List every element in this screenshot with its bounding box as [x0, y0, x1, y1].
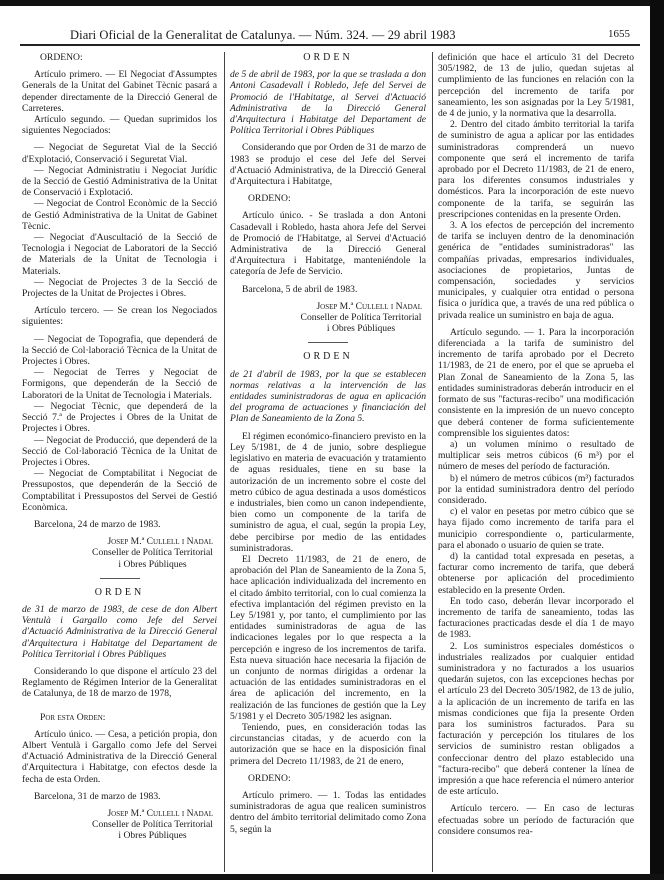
por-esta-orden: Por esta Orden: — [22, 712, 217, 723]
column-3: definición que hace el artículo 31 del D… — [438, 52, 634, 837]
signature-name: Josep M.ª Cullell i Nadal — [22, 808, 213, 819]
signature-role: Conseller de Política Territorial — [300, 312, 422, 323]
signature-role: i Obres Públiques — [92, 559, 213, 570]
header-rule — [20, 44, 640, 46]
signature-role: i Obres Públiques — [300, 323, 422, 334]
signature-block: Josep M.ª Cullell i Nadal Conseller de P… — [22, 808, 217, 842]
column-2: ORDEN de 5 de abril de 1983, por la que … — [230, 52, 426, 835]
list-item: d) la cantidad total expresada en peseta… — [438, 551, 634, 596]
paragraph: definición que hace el artículo 31 del D… — [438, 52, 634, 119]
list-item: — Negociat Tècnic, que dependerá de la S… — [22, 401, 217, 435]
signature-role: i Obres Públiques — [92, 830, 213, 841]
column-1: ORDENO: Artículo primero. — El Negociat … — [22, 52, 217, 842]
orden-title: ORDEN — [22, 587, 217, 598]
signature-block: Josep M.ª Cullell i Nadal Conseller de P… — [230, 301, 426, 335]
ordeno-heading: ORDENO: — [22, 52, 217, 63]
paragraph: 3. A los efectos de percepción del incre… — [438, 220, 634, 321]
considerando: Considerando que por Orden de 31 de marz… — [230, 142, 426, 187]
article-3: Artículo tercero. — Se crean los Negocia… — [22, 305, 217, 327]
list-item: — Negociat de Seguretat Vial de la Secci… — [22, 142, 217, 164]
list-item: — Negociat de Topografia, que dependerá … — [22, 334, 217, 368]
article-unico: Artículo único. - Se traslada a don Anto… — [230, 210, 426, 277]
paragraph: Teniendo, pues, en consideración todas l… — [230, 722, 426, 767]
orden-title: ORDEN — [230, 52, 426, 63]
scan-border-top — [0, 0, 664, 6]
paragraph: El Decreto 11/1983, de 21 de enero, de a… — [230, 554, 426, 722]
list-item: — Negociat de Projectes 3 de la Secció d… — [22, 277, 217, 299]
paragraph: El régimen económico-financiero previsto… — [230, 431, 426, 554]
signature-role: Conseller de Política Territorial — [92, 819, 213, 830]
list-item: — Negociat de Terres y Negociat de Formi… — [22, 367, 217, 401]
list-item: c) el valor en pesetas por metro cúbico … — [438, 506, 634, 551]
place-date: Barcelona, 31 de marzo de 1983. — [22, 791, 217, 802]
signature-block: Josep M.ª Cullell i Nadal Conseller de P… — [22, 536, 217, 570]
column-divider-2 — [432, 52, 433, 872]
orden-summary: de 31 de marzo de 1983, de cese de don A… — [22, 604, 217, 660]
scan-border-right — [650, 0, 664, 880]
orden-summary: de 5 de abril de 1983, por la que se tra… — [230, 69, 426, 136]
article-2: Artículo segundo. — 1. Para la incorpora… — [438, 327, 634, 439]
column-divider-1 — [224, 52, 225, 872]
list-item: — Negociat de Producció, que dependerá d… — [22, 435, 217, 469]
orden-title: ORDEN — [230, 351, 426, 362]
article-unico: Artículo único. — Cesa, a petición propi… — [22, 729, 217, 785]
paragraph: En todo caso, deberán llevar incorporado… — [438, 596, 634, 641]
list-item: — Negociat d'Auscultació de la Secció de… — [22, 232, 217, 277]
list-item: — Negociat de Control Econòmic de la Sec… — [22, 198, 217, 232]
paragraph: 2. Los suministros especiales domésticos… — [438, 641, 634, 798]
page-header: Diari Oficial de la Generalitat de Catal… — [70, 28, 630, 42]
list-item: b) el número de metros cúbicos (m³) fact… — [438, 473, 634, 507]
article-2: Artículo segundo. — Quedan suprimidos lo… — [22, 114, 217, 136]
article-3: Artículo tercero. — En caso de lecturas … — [438, 803, 634, 837]
separator — [100, 578, 140, 579]
article-1: Artículo primero. — 1. Todas las entidad… — [230, 790, 426, 835]
signature-name: Josep M.ª Cullell i Nadal — [22, 536, 213, 547]
journal-title: Diari Oficial de la Generalitat de Catal… — [70, 28, 456, 43]
considerando: Considerando lo que dispone el artículo … — [22, 666, 217, 700]
place-date: Barcelona, 5 de abril de 1983. — [230, 284, 426, 295]
orden-summary: de 21 d'abril de 1983, por la que se est… — [230, 369, 426, 425]
list-item: — Negociat de Comptabilitat i Negociat d… — [22, 468, 217, 513]
page-number: 1655 — [608, 28, 630, 40]
list-item: — Negociat Administratiu i Negociat Jurí… — [22, 165, 217, 199]
place-date: Barcelona, 24 de marzo de 1983. — [22, 519, 217, 530]
paragraph: 2. Dentro del citado ámbito territorial … — [438, 119, 634, 220]
signature-name: Josep M.ª Cullell i Nadal — [230, 301, 422, 312]
list-item: a) un volumen mínimo o resultado de mult… — [438, 439, 634, 473]
ordeno-heading: ORDENO: — [230, 773, 426, 784]
separator — [308, 342, 348, 343]
scan-border-bottom — [0, 874, 664, 880]
signature-role: Conseller de Política Territorial — [92, 547, 213, 558]
ordeno-heading: ORDENO: — [230, 193, 426, 204]
article-1: Artículo primero. — El Negociat d'Assump… — [22, 69, 217, 114]
